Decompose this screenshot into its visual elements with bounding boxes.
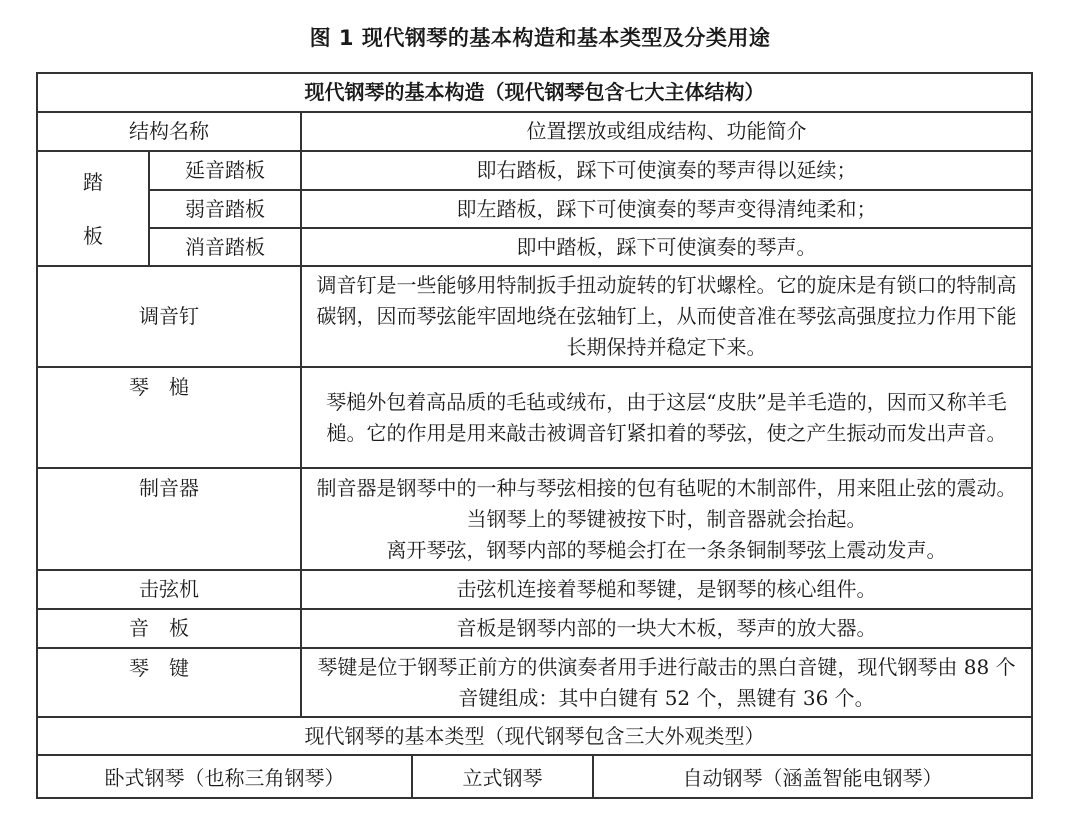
pedal-description: 即左踏板，踩下可使演奏的琴声变得清纯柔和； [301, 190, 1032, 228]
component-name: 琴键 [37, 648, 301, 717]
component-description: 琴槌外包着高品质的毛毡或绒布，由于这层“皮肤”是羊毛造的，因而又称羊毛槌。它的作… [301, 367, 1032, 468]
description-line: 离开琴弦，钢琴内部的琴槌会打在一条条铜制琴弦上震动发声。 [316, 535, 1017, 566]
table-row: 调音钉 调音钉是一些能够用特制扳手扭动旋转的钉状螺栓。它的旋床是有锁口的特制高碳… [37, 266, 1032, 367]
table-row: 音板 音板是钢琴内部的一块大木板，琴声的放大器。 [37, 609, 1032, 648]
types-section-heading: 现代钢琴的基本类型（现代钢琴包含三大外观类型） [37, 717, 1032, 755]
table-row: 制音器 制音器是钢琴中的一种与琴弦相接的包有毡呢的木制部件，用来阻止弦的震动。当… [37, 468, 1032, 570]
section-heading-row: 现代钢琴的基本构造（现代钢琴包含七大主体结构） [37, 73, 1032, 112]
types-heading-row: 现代钢琴的基本类型（现代钢琴包含三大外观类型） [37, 717, 1032, 755]
component-name: 音板 [37, 609, 301, 648]
table-row: 击弦机 击弦机连接着琴槌和琴键，是钢琴的核心组件。 [37, 570, 1032, 609]
table-row: 琴槌 琴槌外包着高品质的毛毡或绒布，由于这层“皮肤”是羊毛造的，因而又称羊毛槌。… [37, 367, 1032, 468]
component-description: 制音器是钢琴中的一种与琴弦相接的包有毡呢的木制部件，用来阻止弦的震动。当钢琴上的… [301, 468, 1032, 570]
pedal-name: 弱音踏板 [149, 190, 301, 228]
table-row: 踏 板 延音踏板 即右踏板，踩下可使演奏的琴声得以延续； [37, 151, 1032, 190]
pedal-label-bottom: 板 [52, 222, 134, 250]
component-name: 调音钉 [37, 266, 301, 367]
types-row: 卧式钢琴（也称三角钢琴） 立式钢琴 自动钢琴（涵盖智能电钢琴） [37, 755, 1032, 798]
column-header-row: 结构名称 位置摆放或组成结构、功能简介 [37, 112, 1032, 151]
component-name: 击弦机 [37, 570, 301, 609]
component-description: 琴键是位于钢琴正前方的供演奏者用手进行敲击的黑白音键，现代钢琴由 88 个音键组… [301, 648, 1032, 717]
type-automatic-piano: 自动钢琴（涵盖智能电钢琴） [593, 755, 1032, 798]
description-line: 制音器是钢琴中的一种与琴弦相接的包有毡呢的木制部件，用来阻止弦的震动。当钢琴上的… [316, 473, 1017, 535]
column-header-description: 位置摆放或组成结构、功能简介 [301, 112, 1032, 151]
pedal-label-top: 踏 [52, 168, 134, 196]
component-description: 音板是钢琴内部的一块大木板，琴声的放大器。 [301, 609, 1032, 648]
column-header-name: 结构名称 [37, 112, 301, 151]
pedal-name: 消音踏板 [149, 228, 301, 266]
table-row: 琴键 琴键是位于钢琴正前方的供演奏者用手进行敲击的黑白音键，现代钢琴由 88 个… [37, 648, 1032, 717]
component-name: 制音器 [37, 468, 301, 570]
pedal-description: 即右踏板，踩下可使演奏的琴声得以延续； [301, 151, 1032, 190]
figure-title: 图 1 现代钢琴的基本构造和基本类型及分类用途 [0, 22, 1080, 52]
component-name: 琴槌 [37, 367, 301, 468]
table-row: 消音踏板 即中踏板，踩下可使演奏的琴声。 [37, 228, 1032, 266]
type-upright-piano: 立式钢琴 [412, 755, 593, 798]
component-description: 调音钉是一些能够用特制扳手扭动旋转的钉状螺栓。它的旋床是有锁口的特制高碳钢，因而… [301, 266, 1032, 367]
pedal-description: 即中踏板，踩下可使演奏的琴声。 [301, 228, 1032, 266]
structure-section-heading: 现代钢琴的基本构造（现代钢琴包含七大主体结构） [37, 73, 1032, 112]
pedal-group-label: 踏 板 [37, 151, 149, 266]
piano-types-table: 卧式钢琴（也称三角钢琴） 立式钢琴 自动钢琴（涵盖智能电钢琴） [36, 754, 1033, 799]
component-description: 击弦机连接着琴槌和琴键，是钢琴的核心组件。 [301, 570, 1032, 609]
piano-structure-table: 现代钢琴的基本构造（现代钢琴包含七大主体结构） 结构名称 位置摆放或组成结构、功… [36, 72, 1033, 756]
table-row: 弱音踏板 即左踏板，踩下可使演奏的琴声变得清纯柔和； [37, 190, 1032, 228]
pedal-name: 延音踏板 [149, 151, 301, 190]
type-grand-piano: 卧式钢琴（也称三角钢琴） [37, 755, 412, 798]
